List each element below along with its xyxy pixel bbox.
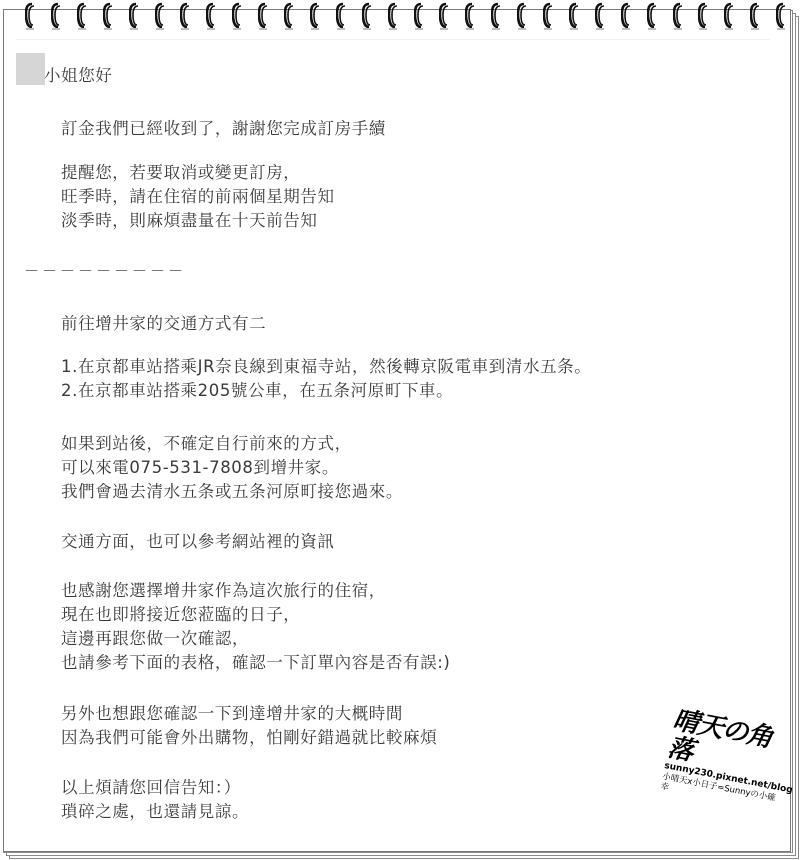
text-line: 另外也想跟您確認一下到達增井家的大概時間 xyxy=(61,700,403,724)
greeting: 小姐您好 xyxy=(44,62,112,86)
binder-ring-icon xyxy=(621,2,631,30)
binder-ring-icon xyxy=(776,2,786,30)
binder-ring-icon xyxy=(25,2,35,30)
spiral-binding xyxy=(0,0,800,32)
text-line: 現在也即將接近您蒞臨的日子， xyxy=(61,601,300,625)
redacted-name-box xyxy=(16,53,45,85)
text-line: 淡季時，則麻煩盡量在十天前告知 xyxy=(61,207,318,231)
binder-ring-icon xyxy=(673,2,683,30)
binder-ring-icon xyxy=(414,2,424,30)
binder-ring-icon xyxy=(77,2,87,30)
binder-ring-icon xyxy=(647,2,657,30)
binder-ring-icon xyxy=(103,2,113,30)
binder-ring-icon xyxy=(517,2,527,30)
binder-ring-icon xyxy=(232,2,242,30)
binder-ring-icon xyxy=(180,2,190,30)
binder-ring-icon xyxy=(595,2,605,30)
binder-ring-icon xyxy=(206,2,216,30)
text-line: 前往增井家的交通方式有二 xyxy=(61,310,266,334)
binder-ring-icon xyxy=(155,2,165,30)
binder-ring-icon xyxy=(284,2,294,30)
binder-ring-icon xyxy=(439,2,449,30)
text-line: 提醒您，若要取消或變更訂房， xyxy=(61,159,300,183)
text-line: 因為我們可能會外出購物，怕剛好錯過就比較麻煩 xyxy=(61,724,437,748)
text-line: 2.在京都車站搭乘205號公車，在五条河原町下車。 xyxy=(61,377,453,401)
binder-ring-icon xyxy=(129,2,139,30)
binder-ring-icon xyxy=(258,2,268,30)
text-line: 這邊再跟您做一次確認， xyxy=(61,625,249,649)
text-line: 1.在京都車站搭乘JR奈良線到東福寺站，然後轉京阪電車到清水五条。 xyxy=(61,353,591,377)
binder-ring-icon xyxy=(336,2,346,30)
dashed-separator: －－－－－－－－－ xyxy=(24,260,186,281)
text-line: 我們會過去清水五条或五条河原町接您過來。 xyxy=(61,478,403,502)
text-line: 交通方面，也可以參考網站裡的資訊 xyxy=(61,528,335,552)
binder-ring-icon xyxy=(51,2,61,30)
binder-ring-icon xyxy=(310,2,320,30)
binder-ring-icon xyxy=(724,2,734,30)
binder-ring-icon xyxy=(543,2,553,30)
text-line: 瑣碎之處，也還請見諒。 xyxy=(61,798,249,822)
binder-ring-icon xyxy=(465,2,475,30)
binder-ring-icon xyxy=(491,2,501,30)
text-line: 也請參考下面的表格，確認一下訂單內容是否有誤:) xyxy=(61,649,450,673)
text-line: 如果到站後，不確定自行前來的方式， xyxy=(61,430,352,454)
text-line: 可以來電075-531-7808到增井家。 xyxy=(61,454,339,478)
binder-ring-icon xyxy=(698,2,708,30)
text-line: 以上煩請您回信告知：） xyxy=(61,774,241,798)
binder-ring-icon xyxy=(388,2,398,30)
binder-ring-icon xyxy=(750,2,760,30)
binder-ring-icon xyxy=(362,2,372,30)
text-line: 訂金我們已經收到了，謝謝您完成訂房手續 xyxy=(61,115,386,139)
text-line: 旺季時，請在住宿的前兩個星期告知 xyxy=(61,183,335,207)
binder-ring-icon xyxy=(569,2,579,30)
text-line: 也感謝您選擇增井家作為這次旅行的住宿， xyxy=(61,577,386,601)
